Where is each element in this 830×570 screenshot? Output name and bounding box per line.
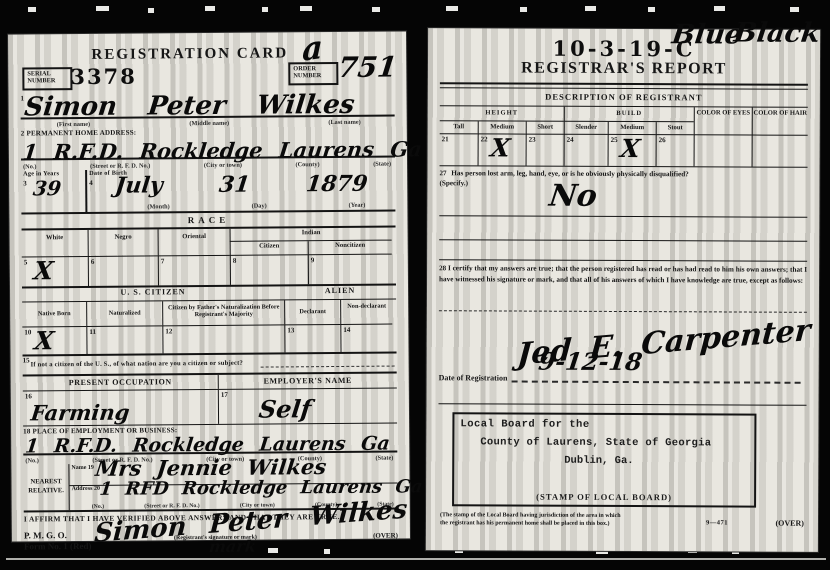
scanned-document: REGISTRATION CARD a SERIAL NUMBER 3378 O… <box>0 0 830 570</box>
hair-cell <box>752 135 808 167</box>
age-dob-row: Age in Years 3 39 Date of Birth 4 July 3… <box>21 168 395 215</box>
height-cell-short: 23 <box>526 134 564 166</box>
cell-number: 16 <box>25 392 32 400</box>
relative-address-value: 1 RFD Rockledge Laurens Ga <box>99 478 424 499</box>
scan-mark <box>372 7 380 12</box>
label: Name <box>71 465 86 471</box>
relative-address-tiny-label: Address 20 <box>72 486 100 492</box>
dob-sublabels: (Month) (Day) (Year) <box>87 202 395 212</box>
eyes-cell <box>694 134 752 166</box>
citizen-cell-father: 12 <box>162 324 284 353</box>
height-col-short: Short <box>526 122 564 134</box>
signature-mark-word: mark <box>208 539 257 555</box>
employer-value: Self <box>258 397 313 421</box>
dob-values: July 31 1879 <box>87 173 395 197</box>
occupation-cells: 16 Farming 17 Self <box>23 389 397 427</box>
cell-number: 21 <box>442 135 449 143</box>
address-label-text: PERMANENT HOME ADDRESS: <box>26 129 136 138</box>
build-cell-slender: 24 <box>564 134 608 166</box>
scan-mark <box>28 7 36 12</box>
cell-number: 5 <box>24 258 28 266</box>
sublabel: (No.) <box>92 504 104 510</box>
sublabel: (Month) <box>147 203 169 210</box>
race-col-white: White <box>22 230 88 257</box>
height-cell-tall: 21 <box>440 133 478 165</box>
line-number: 19 <box>88 465 94 471</box>
cell-number: 26 <box>659 136 666 144</box>
scan-mark <box>300 6 312 11</box>
question-number: 27 <box>439 169 446 177</box>
certification-paragraph: 28 I certify that my answers are true; t… <box>439 263 807 297</box>
scan-mark <box>520 7 527 12</box>
cell-number: 13 <box>287 326 294 334</box>
alien-cell-nondeclarant: 14 <box>340 324 392 352</box>
race-col-negro: Negro <box>88 229 158 256</box>
sublabel: (Day) <box>252 203 267 210</box>
printer-code: 9—471 <box>706 519 728 526</box>
serial-number-value: 3378 <box>70 64 137 90</box>
race-group-indian: Indian <box>230 228 392 242</box>
sublabel: (Year) <box>349 202 366 209</box>
height-x-mark: X <box>489 135 512 160</box>
race-col-indian-noncitizen: Noncitizen <box>308 241 392 255</box>
label: Address <box>72 486 93 492</box>
scan-mark <box>446 6 458 11</box>
cell-number: 7 <box>161 257 165 265</box>
relative-name-tiny-label: Name 19 <box>71 465 94 471</box>
cell-number: 11 <box>89 328 96 336</box>
hair-color-value: Black <box>732 19 821 46</box>
registrars-report-title: REGISTRAR'S REPORT <box>440 59 808 81</box>
age-value: 39 <box>32 178 62 198</box>
registrars-report-card: 10-3-19-C REGISTRAR'S REPORT DESCRIPTION… <box>426 28 820 552</box>
relative-name-value: Mrs Jennie Wilkes <box>94 456 327 479</box>
local-board-stamp-box: Local Board for the County of Laurens, S… <box>452 412 756 507</box>
line-number: 1 <box>20 94 24 102</box>
sublabel: (No.) <box>25 457 39 464</box>
stamp-instruction-note: (The stamp of the Local Board having jur… <box>440 512 658 529</box>
disability-question-text: Has person lost arm, leg, hand, eye, or … <box>451 169 689 178</box>
build-col-medium: Medium <box>608 122 656 134</box>
nation-question-row: 15 If not a citizen of the U. S., of wha… <box>23 354 397 377</box>
citizen-col-native: Native Born <box>22 302 86 327</box>
nation-question-text: If not a citizen of the U. S., of what n… <box>31 360 243 369</box>
alien-title: ALIEN <box>284 286 396 300</box>
dob-year-value: 1879 <box>305 173 369 196</box>
disability-answer-value: No <box>547 182 598 212</box>
alien-col-declarant: Declarant <box>284 300 340 324</box>
report-footer: (The stamp of the Local Board having jur… <box>438 510 806 542</box>
cell-number: 23 <box>529 136 536 144</box>
race-cell-indian-noncitizen: 9 <box>308 254 392 285</box>
height-col-medium: Medium <box>478 121 526 133</box>
order-number-value: 751 <box>337 54 399 82</box>
note-line: the registrant has his permanent home sh… <box>440 520 658 529</box>
scan-mark <box>648 7 655 12</box>
nearest-relative-label: NEAREST RELATIVE. <box>23 464 69 510</box>
alien-col-nondeclarant: Non-declarant <box>340 300 392 324</box>
age-cell: Age in Years 3 39 <box>21 170 87 213</box>
home-address-field: 2 PERMANENT HOME ADDRESS: 1 R.F.D. Rockl… <box>21 126 395 171</box>
board-stamp-line2: County of Laurens, State of Georgia <box>480 436 711 449</box>
scan-bottom-line <box>6 558 826 560</box>
cell-number: 9 <box>311 256 315 264</box>
line-number: 3 <box>23 179 27 187</box>
citizen-col-naturalized: Naturalized <box>86 301 162 326</box>
race-table: White Negro Oriental Indian Citizen Nonc… <box>22 226 396 289</box>
cell-number: 17 <box>221 391 228 399</box>
line-number: 18 <box>23 427 30 435</box>
form-org: P. M. G. O. <box>24 530 92 541</box>
registration-card: REGISTRATION CARD a SERIAL NUMBER 3378 O… <box>8 31 410 541</box>
over-label: (OVER) <box>776 519 804 528</box>
build-x-mark: X <box>619 136 642 161</box>
employment-place-value: 1 R.F.D. Rockledge Laurens Ga <box>24 435 391 457</box>
build-cell-medium: 25 X <box>608 134 656 166</box>
stamp-caption: (STAMP OF LOCAL BOARD) <box>454 491 754 502</box>
scan-mark <box>262 7 268 12</box>
employer-cell: 17 Self <box>219 389 397 424</box>
race-cell-negro: 6 <box>88 255 158 286</box>
dotted-rule-line <box>439 295 807 313</box>
cell-number: 24 <box>567 136 574 144</box>
hair-column-title: COLOR OF HAIR <box>752 108 808 135</box>
build-cell-stout: 26 <box>656 134 694 166</box>
board-stamp-line3: Dublin, Ga. <box>564 455 633 467</box>
race-cell-white: 5 X <box>22 256 88 287</box>
race-col-indian-citizen: Citizen <box>230 241 308 255</box>
question-number: 28 <box>439 264 446 272</box>
address-label: 2 PERMANENT HOME ADDRESS: <box>21 129 137 138</box>
registration-date-value: 9-12-18 <box>537 350 643 374</box>
disability-question: 27 Has person lost arm, leg, hand, eye, … <box>439 169 807 191</box>
height-cell-medium: 22 X <box>478 133 526 165</box>
over-label: (OVER) <box>373 532 398 540</box>
citizen-cell-native: 10 X <box>22 326 86 355</box>
scan-mark <box>148 8 154 13</box>
cell-number: 12 <box>165 327 172 335</box>
occupation-title: PRESENT OCCUPATION <box>23 375 219 391</box>
dob-cell: Date of Birth 4 July 31 1879 (Month) (Da… <box>87 168 395 212</box>
double-rule <box>440 82 808 90</box>
serial-number-label: SERIAL NUMBER <box>22 67 72 90</box>
line-number: 15 <box>23 356 30 364</box>
race-col-oriental: Oriental <box>158 229 230 256</box>
dob-day-value: 31 <box>218 174 251 196</box>
cell-number: 14 <box>343 326 350 334</box>
cell-number: 10 <box>24 328 31 336</box>
disability-answer-line: No <box>439 189 807 218</box>
blank-rule-line <box>439 216 807 242</box>
citizen-cell-naturalized: 11 <box>86 325 162 354</box>
citizen-x-mark: X <box>33 328 55 353</box>
build-col-slender: Slender <box>564 122 608 134</box>
race-x-mark: X <box>32 258 54 283</box>
certification-text: I certify that my answers are true; that… <box>439 264 807 284</box>
line-number: 2 <box>21 129 25 137</box>
race-cell-indian-citizen: 8 <box>230 254 308 285</box>
home-address-value: 1 R.F.D. Rockledge Laurens Ga <box>22 138 423 162</box>
description-title: DESCRIPTION OF REGISTRANT <box>440 90 808 106</box>
date-of-registration-label: Date of Registration <box>439 373 508 382</box>
cell-number: 8 <box>233 257 237 265</box>
handwritten-grade: a <box>302 30 323 66</box>
scan-mark <box>585 6 596 11</box>
dotted-answer-line <box>261 366 395 368</box>
cell-number: 25 <box>611 136 618 144</box>
occupation-cell: 16 Farming <box>23 390 219 426</box>
registrar-signature-area: Jed E. Carpenter 9-12-18 Date of Registr… <box>439 311 807 405</box>
height-group-title: HEIGHT <box>440 106 564 122</box>
form-identifier: P. M. G. O. Form No. 1 (Red) <box>24 530 92 552</box>
occupation-value: Farming <box>30 402 131 424</box>
citizen-table: Native Born Naturalized Citizen by Fathe… <box>22 299 396 357</box>
scan-mark <box>714 6 725 11</box>
form-number: Form No. 1 (Red) <box>24 541 92 552</box>
dob-month-value: July <box>114 174 164 196</box>
eyes-column-title: COLOR OF EYES <box>694 107 752 134</box>
scan-mark <box>96 6 109 11</box>
registrant-name-value: Simon Peter Wilkes <box>23 92 356 121</box>
order-number-label: ORDER NUMBER <box>288 62 338 85</box>
registration-card-footer: P. M. G. O. Form No. 1 (Red) Simon Peter… <box>24 524 398 557</box>
blank-rule-line <box>439 240 807 262</box>
description-table: HEIGHT BUILD COLOR OF EYES COLOR OF HAIR… <box>440 105 808 168</box>
build-col-stout: Stout <box>656 122 694 134</box>
alien-cell-declarant: 13 <box>284 324 340 352</box>
build-group-title: BUILD <box>564 107 694 123</box>
employer-title: EMPLOYER'S NAME <box>219 374 397 389</box>
cell-number: 22 <box>481 135 488 143</box>
cell-number: 6 <box>91 258 95 266</box>
citizen-col-father: Citizen by Father's Naturalization Befor… <box>162 300 284 325</box>
name-field: 1 Simon Peter Wilkes (First name) (Middl… <box>20 92 394 129</box>
height-col-tall: Tall <box>440 121 478 133</box>
race-cell-oriental: 7 <box>158 255 230 286</box>
scan-mark <box>205 6 215 11</box>
us-citizen-title: U. S. CITIZEN <box>22 286 284 301</box>
registration-card-title: REGISTRATION CARD <box>91 45 288 64</box>
board-stamp-line1: Local Board for the <box>460 418 589 431</box>
sublabel: (Street or R. F. D. No.) <box>144 503 199 509</box>
scan-mark <box>790 7 799 12</box>
